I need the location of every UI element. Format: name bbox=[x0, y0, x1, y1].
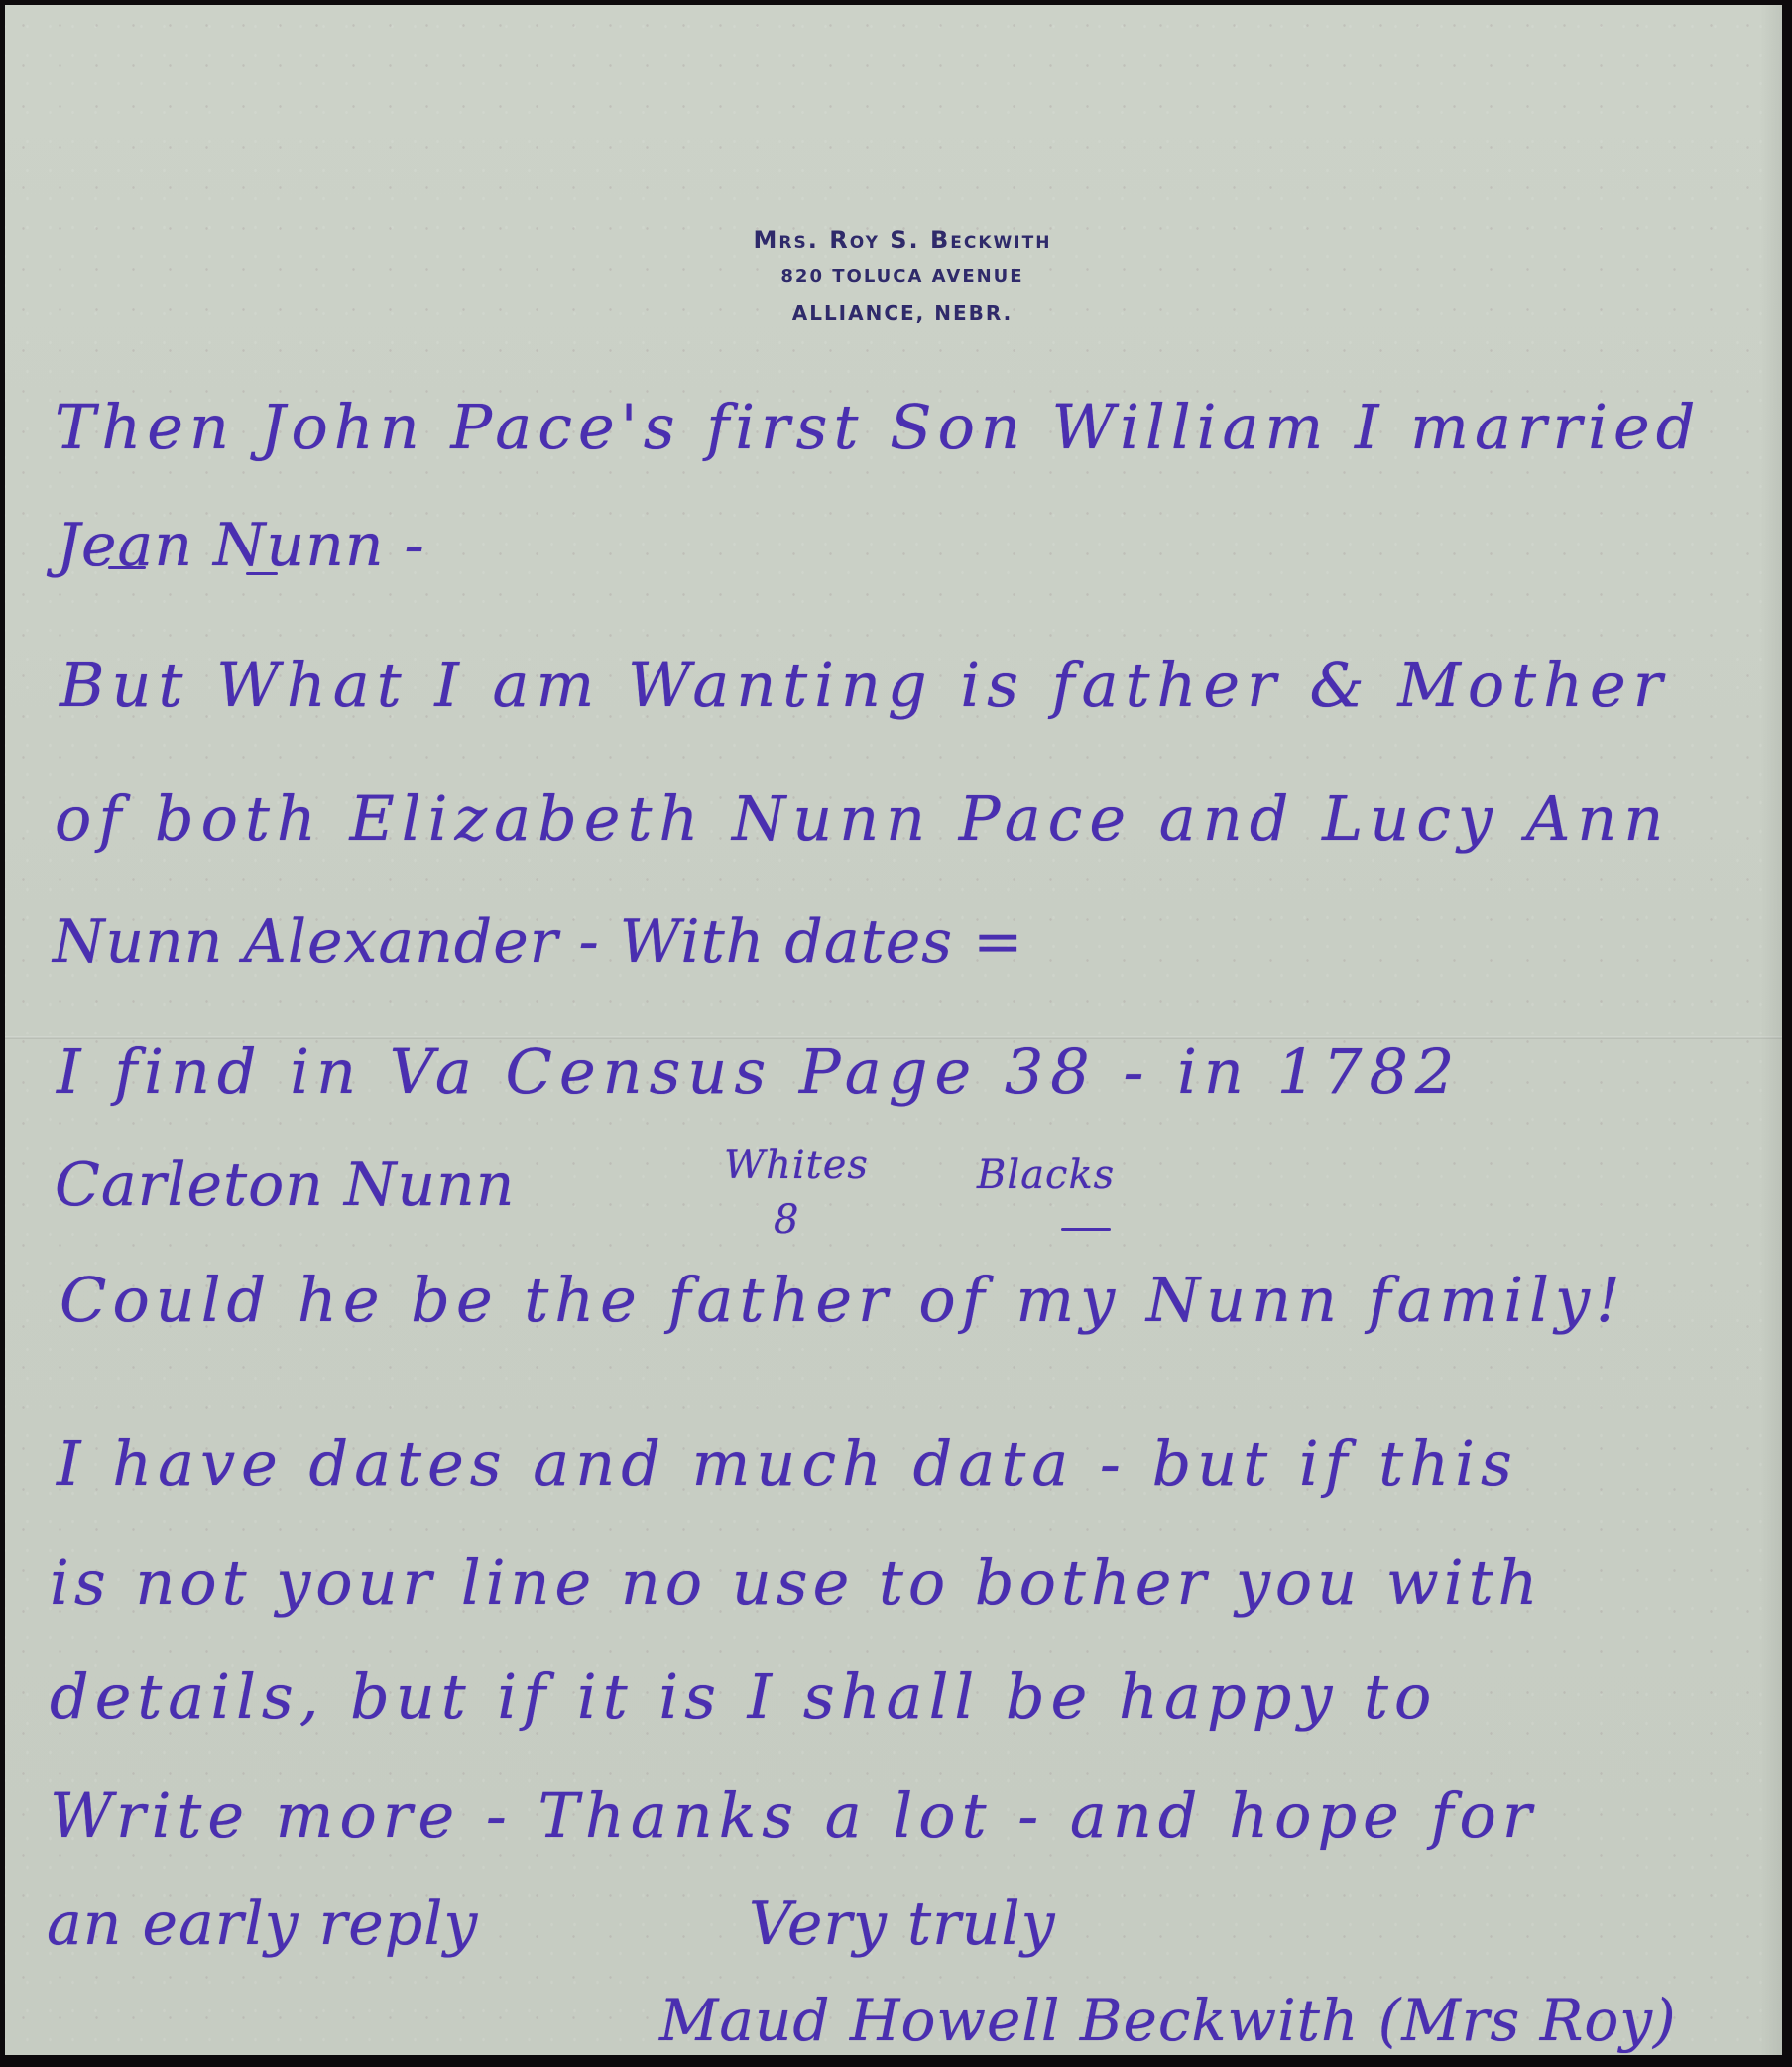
letter-line-12: Write more - Thanks a lot - and hope for bbox=[50, 1785, 1537, 1847]
valediction: Very truly bbox=[749, 1894, 1056, 1954]
letterhead: Mrs. Roy S. Beckwith 820 TOLUCA AVENUE A… bbox=[5, 225, 1782, 326]
letter-line-6: I find in Va Census Page 38 - in 1782 bbox=[57, 1041, 1461, 1103]
letter-line-3: But What I am Wanting is father & Mother bbox=[60, 655, 1669, 716]
letter-line-10: is not your line no use to bother you wi… bbox=[50, 1552, 1543, 1614]
census-blacks-value-dash bbox=[1061, 1228, 1111, 1231]
letter-line-1: Then John Pace's first Son William I mar… bbox=[55, 397, 1701, 458]
letter-line-13: an early reply bbox=[47, 1894, 478, 1954]
underline-mark bbox=[246, 572, 278, 575]
letterhead-name: Mrs. Roy S. Beckwith bbox=[23, 225, 1782, 255]
census-blacks-label: Blacks bbox=[977, 1155, 1115, 1195]
letter-line-5: Nunn Alexander - With dates = bbox=[53, 912, 1023, 972]
letterhead-city: ALLIANCE, NEBR. bbox=[23, 301, 1782, 326]
census-whites-label: Whites bbox=[724, 1146, 869, 1185]
letter-line-8: Could he be the father of my Nunn family… bbox=[60, 1270, 1626, 1331]
signature: Maud Howell Beckwith (Mrs Roy) bbox=[659, 1992, 1677, 2049]
letter-paper: Mrs. Roy S. Beckwith 820 TOLUCA AVENUE A… bbox=[5, 5, 1782, 2055]
letter-line-7: Carleton Nunn bbox=[55, 1155, 515, 1215]
letter-line-11: details, but if it is I shall be happy t… bbox=[50, 1666, 1437, 1728]
letter-line-9: I have dates and much data - but if this bbox=[57, 1433, 1518, 1495]
underline-mark bbox=[108, 566, 146, 569]
letterhead-street: 820 TOLUCA AVENUE bbox=[23, 265, 1782, 289]
census-whites-value: 8 bbox=[774, 1200, 799, 1240]
letter-line-4: of both Elizabeth Nunn Pace and Lucy Ann bbox=[55, 789, 1670, 850]
